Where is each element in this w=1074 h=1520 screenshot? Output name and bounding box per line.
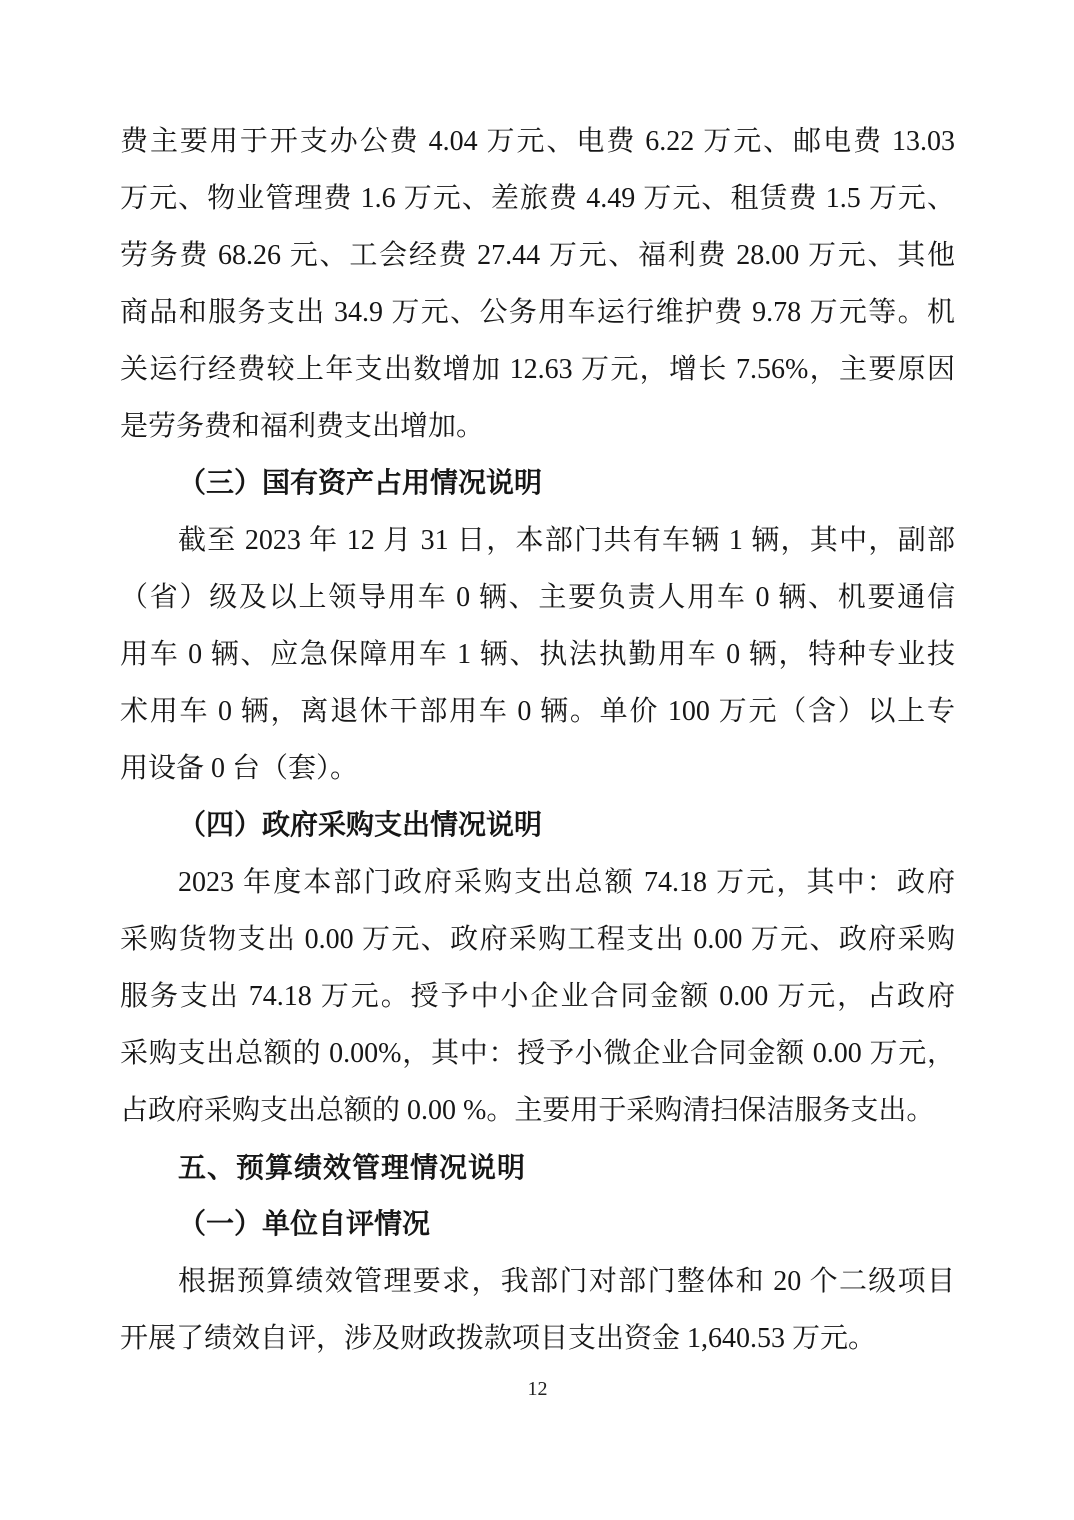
text-line: 采购支出总额的 0.00%，其中：授予小微企业合同金额 0.00 万元，	[120, 1025, 955, 1082]
page-number: 12	[120, 1375, 955, 1403]
section-heading-state-assets: （三）国有资产占用情况说明	[120, 455, 955, 512]
text-line: 截至 2023 年 12 月 31 日，本部门共有车辆 1 辆，其中，副部	[120, 512, 955, 569]
text-line: 关运行经费较上年支出数增加 12.63 万元，增长 7.56%，主要原因	[120, 341, 955, 398]
text-line: 商品和服务支出 34.9 万元、公务用车运行维护费 9.78 万元等。机	[120, 284, 955, 341]
text-line: （省）级及以上领导用车 0 辆、主要负责人用车 0 辆、机要通信	[120, 569, 955, 626]
text-line: 术用车 0 辆，离退休干部用车 0 辆。单价 100 万元（含）以上专	[120, 683, 955, 740]
section-heading-gov-procurement: （四）政府采购支出情况说明	[120, 797, 955, 854]
text-line: 是劳务费和福利费支出增加。	[120, 398, 955, 455]
text-line: 用设备 0 台（套）。	[120, 740, 955, 797]
text-line: 采购货物支出 0.00 万元、政府采购工程支出 0.00 万元、政府采购	[120, 911, 955, 968]
document-page: 费主要用于开支办公费 4.04 万元、电费 6.22 万元、邮电费 13.03 …	[0, 0, 1074, 1520]
text-line: 用车 0 辆、应急保障用车 1 辆、执法执勤用车 0 辆，特种专业技	[120, 626, 955, 683]
text-line: 万元、物业管理费 1.6 万元、差旅费 4.49 万元、租赁费 1.5 万元、	[120, 170, 955, 227]
section-heading-budget-performance: 五、预算绩效管理情况说明	[120, 1139, 955, 1196]
text-line: 费主要用于开支办公费 4.04 万元、电费 6.22 万元、邮电费 13.03	[120, 113, 955, 170]
text-line: 劳务费 68.26 元、工会经费 27.44 万元、福利费 28.00 万元、其…	[120, 227, 955, 284]
text-line: 2023 年度本部门政府采购支出总额 74.18 万元，其中：政府	[120, 854, 955, 911]
subsection-heading-self-evaluation: （一）单位自评情况	[120, 1196, 955, 1253]
text-line: 开展了绩效自评，涉及财政拨款项目支出资金 1,640.53 万元。	[120, 1310, 955, 1367]
text-line: 占政府采购支出总额的 0.00 %。主要用于采购清扫保洁服务支出。	[120, 1082, 955, 1139]
text-line: 服务支出 74.18 万元。授予中小企业合同金额 0.00 万元，占政府	[120, 968, 955, 1025]
text-line: 根据预算绩效管理要求，我部门对部门整体和 20 个二级项目	[120, 1253, 955, 1310]
